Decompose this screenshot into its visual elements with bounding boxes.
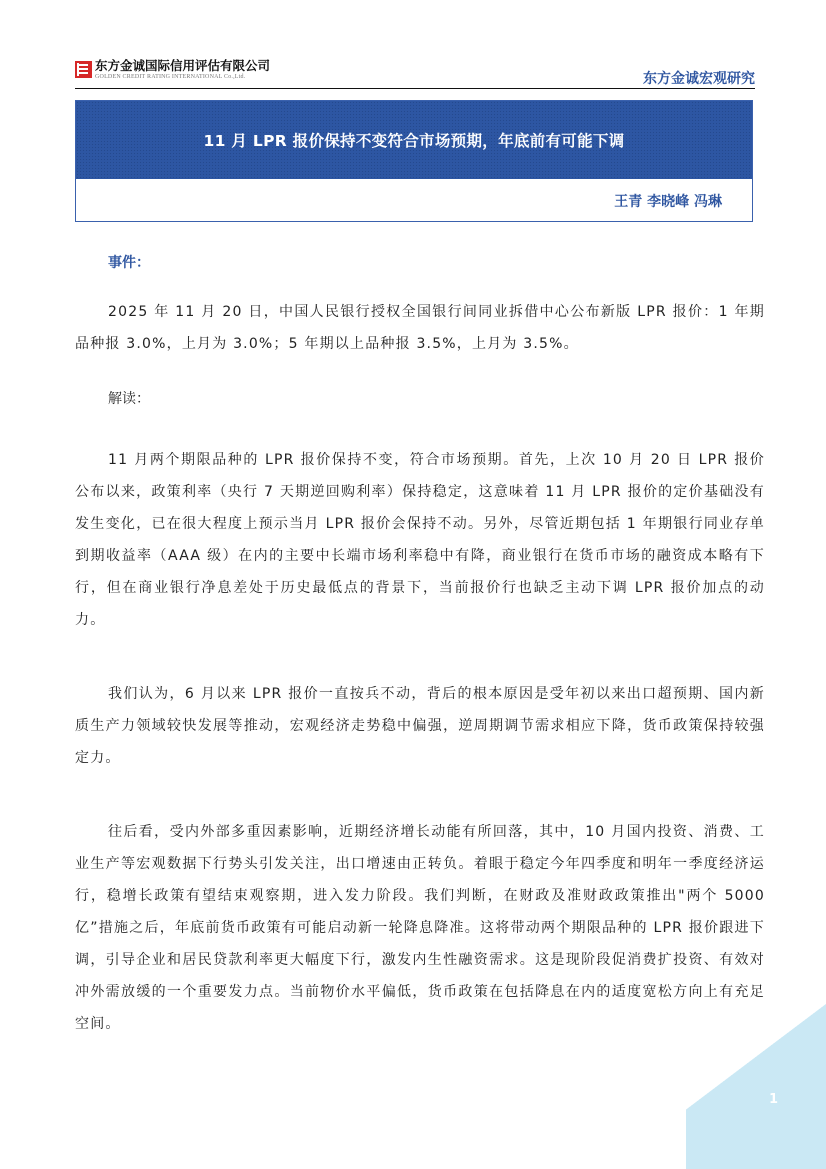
company-logo: 东方金诚国际信用评估有限公司 GOLDEN CREDIT RATING INTE… — [75, 60, 270, 80]
report-title: 11 月 LPR 报价保持不变符合市场预期，年底前有可能下调 — [204, 129, 625, 151]
event-paragraph: 2025 年 11 月 20 日，中国人民银行授权全国银行间同业拆借中心公布新版… — [75, 296, 765, 360]
header-divider — [75, 88, 755, 89]
authors: 王青 李晓峰 冯琳 — [614, 191, 722, 211]
title-band: 11 月 LPR 报价保持不变符合市场预期，年底前有可能下调 — [76, 101, 752, 179]
logo-cn-name: 东方金诚国际信用评估有限公司 — [95, 60, 270, 73]
series-name: 东方金诚宏观研究 — [643, 68, 755, 88]
event-heading: 事件： — [108, 252, 150, 272]
analysis-paragraph-2: 我们认为，6 月以来 LPR 报价一直按兵不动，背后的根本原因是受年初以来出口超… — [75, 678, 765, 774]
page-header: 东方金诚国际信用评估有限公司 GOLDEN CREDIT RATING INTE… — [75, 58, 755, 88]
logo-mark-icon — [75, 61, 92, 78]
analysis-paragraph-3: 往后看，受内外部多重因素影响，近期经济增长动能有所回落，其中，10 月国内投资、… — [75, 816, 765, 1040]
analysis-paragraph-1: 11 月两个期限品种的 LPR 报价保持不变，符合市场预期。首先，上次 10 月… — [75, 444, 765, 636]
logo-en-name: GOLDEN CREDIT RATING INTERNATIONAL Co.,L… — [95, 74, 270, 80]
analysis-label: 解读： — [108, 388, 150, 408]
title-box: 11 月 LPR 报价保持不变符合市场预期，年底前有可能下调 王青 李晓峰 冯琳 — [75, 100, 753, 222]
page-number: 1 — [769, 1092, 778, 1107]
